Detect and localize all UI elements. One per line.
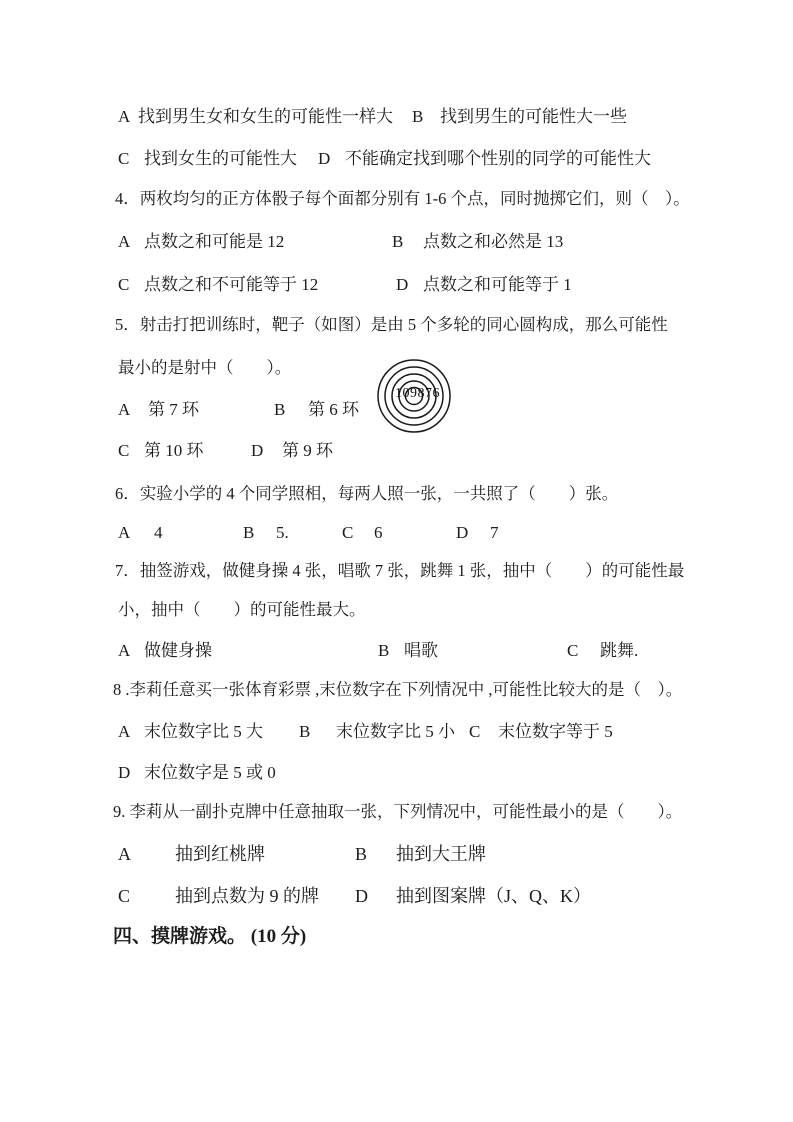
q8-option-b-label: B [299,721,310,743]
q5-stem-text-1: 5．射击打把训练时，靶子（如图）是由 5 个多轮的同心圆构成，那么可能性 [115,314,668,336]
q9-option-c-label: C [118,885,130,907]
q8-option-d-text: 末位数字是 5 或 0 [144,762,276,784]
q9-option-b-label: B [355,843,367,865]
q3-option-b-label: B [412,106,423,128]
q9-option-d-text: 抽到图案牌（J、Q、K） [396,885,591,907]
q7-option-a-text: 做健身操 [144,640,212,662]
q7-stem-line-2: 小，抽中（ ）的可能性最大。 [0,599,793,622]
q6-stem: 6．实验小学的 4 个同学照相，每两人照一张，一共照了（ ）张。 [0,483,793,506]
q8-options-row-1: A 末位数字比 5 大 B 末位数字比 5 小 C 末位数字等于 5 [0,721,793,744]
q4-stem-text: 4．两枚均匀的正方体骰子每个面都分别有 1-6 个点，同时抛掷它们，则（ ）。 [115,188,690,210]
q3-option-a-text: 找到男生女和女生的可能性一样大 [138,106,393,128]
q6-options-row: A 4 B 5. C 6 D 7 [0,522,793,545]
q9-option-d-label: D [355,885,368,907]
q3-options-row-2: C 找到女生的可能性大 D 不能确定找到哪个性别的同学的可能性大 [0,148,793,171]
q7-stem-line-1: 7．抽签游戏，做健身操 4 张，唱歌 7 张，跳舞 1 张，抽中（ ）的可能性最 [0,560,793,583]
q5-option-d-text: 第 9 环 [282,440,333,462]
q6-option-b-text: 5. [276,522,289,544]
q7-options-row: A 做健身操 B 唱歌 C 跳舞. [0,640,793,663]
q9-stem-text: 9. 李莉从一副扑克牌中任意抽取一张，下列情况中，可能性最小的是（ ）。 [113,801,682,823]
q8-option-d-label: D [118,762,130,784]
q9-options-row-1: A 抽到红桃牌 B 抽到大王牌 [0,843,793,866]
q8-option-c-label: C [469,721,480,743]
q8-option-a-text: 末位数字比 5 大 [144,721,263,743]
q6-stem-text: 6．实验小学的 4 个同学照相，每两人照一张，一共照了（ ）张。 [115,483,618,505]
q6-option-a-label: A [118,522,130,544]
q6-option-c-label: C [342,522,353,544]
q6-option-d-text: 7 [490,522,499,544]
q5-option-a-label: A [118,399,130,421]
q7-option-b-label: B [378,640,389,662]
section-4-heading: 四、摸牌游戏。 (10 分) [0,926,793,949]
q3-option-c-text: 找到女生的可能性大 [144,148,297,170]
section-4-heading-text: 四、摸牌游戏。 (10 分) [113,926,306,948]
q4-stem: 4．两枚均匀的正方体骰子每个面都分别有 1-6 个点，同时抛掷它们，则（ ）。 [0,188,793,211]
q3-option-c-label: C [118,148,129,170]
q6-option-c-text: 6 [374,522,383,544]
q7-option-b-text: 唱歌 [404,640,438,662]
q5-option-c-label: C [118,440,129,462]
q5-stem-line-1: 5．射击打把训练时，靶子（如图）是由 5 个多轮的同心圆构成，那么可能性 [0,314,793,337]
q4-option-c-label: C [118,274,129,296]
q4-option-a-label: A [118,231,130,253]
q9-option-a-label: A [118,843,131,865]
q8-option-c-text: 末位数字等于 5 [498,721,613,743]
q8-stem: 8 .李莉任意买一张体育彩票 ,末位数字在下列情况中 ,可能性比较大的是（ ）。 [0,679,793,702]
q5-options-row-1: A 第 7 环 B 第 6 环 [0,399,793,422]
q8-option-a-label: A [118,721,130,743]
q4-options-row-2: C 点数之和不可能等于 12 D 点数之和可能等于 1 [0,274,793,297]
q7-stem-text-1: 7．抽签游戏，做健身操 4 张，唱歌 7 张，跳舞 1 张，抽中（ ）的可能性最 [115,560,684,582]
q5-option-b-label: B [274,399,285,421]
q9-option-b-text: 抽到大王牌 [396,843,486,865]
q4-options-row-1: A 点数之和可能是 12 B 点数之和必然是 13 [0,231,793,254]
q7-option-a-label: A [118,640,130,662]
target-figure: 109876 [375,357,453,435]
q8-option-b-text: 末位数字比 5 小 [336,721,455,743]
q3-option-b-text: 找到男生的可能性大一些 [440,106,627,128]
q6-option-d-label: D [456,522,468,544]
q4-option-d-label: D [396,274,408,296]
q5-option-c-text: 第 10 环 [144,440,204,462]
q8-stem-text: 8 .李莉任意买一张体育彩票 ,末位数字在下列情况中 ,可能性比较大的是（ ）。 [113,679,682,701]
document-page: A 找到男生女和女生的可能性一样大 B 找到男生的可能性大一些 C 找到女生的可… [0,0,793,1122]
q9-stem: 9. 李莉从一副扑克牌中任意抽取一张，下列情况中，可能性最小的是（ ）。 [0,801,793,824]
q4-option-b-label: B [392,231,403,253]
q5-options-row-2: C 第 10 环 D 第 9 环 [0,440,793,463]
q4-option-c-text: 点数之和不可能等于 12 [144,274,318,296]
q5-stem-text-2: 最小的是射中（ ）。 [118,357,291,379]
q9-option-c-text: 抽到点数为 9 的牌 [175,885,319,907]
q6-option-a-text: 4 [154,522,163,544]
q4-option-b-text: 点数之和必然是 13 [423,231,563,253]
q3-option-d-label: D [318,148,330,170]
q9-option-a-text: 抽到红桃牌 [175,843,265,865]
q6-option-b-label: B [243,522,254,544]
q8-options-row-2: D 末位数字是 5 或 0 [0,762,793,785]
q3-option-a-label: A [118,106,130,128]
q7-option-c-text: 跳舞. [600,640,638,662]
q7-stem-text-2: 小，抽中（ ）的可能性最大。 [118,599,366,621]
q4-option-a-text: 点数之和可能是 12 [144,231,284,253]
q3-options-row-1: A 找到男生女和女生的可能性一样大 B 找到男生的可能性大一些 [0,106,793,129]
q3-option-d-text: 不能确定找到哪个性别的同学的可能性大 [345,148,651,170]
q5-option-b-text: 第 6 环 [308,399,359,421]
q5-option-d-label: D [251,440,263,462]
q9-options-row-2: C 抽到点数为 9 的牌 D 抽到图案牌（J、Q、K） [0,885,793,908]
q4-option-d-text: 点数之和可能等于 1 [423,274,572,296]
q5-option-a-text: 第 7 环 [148,399,199,421]
q7-option-c-label: C [567,640,578,662]
